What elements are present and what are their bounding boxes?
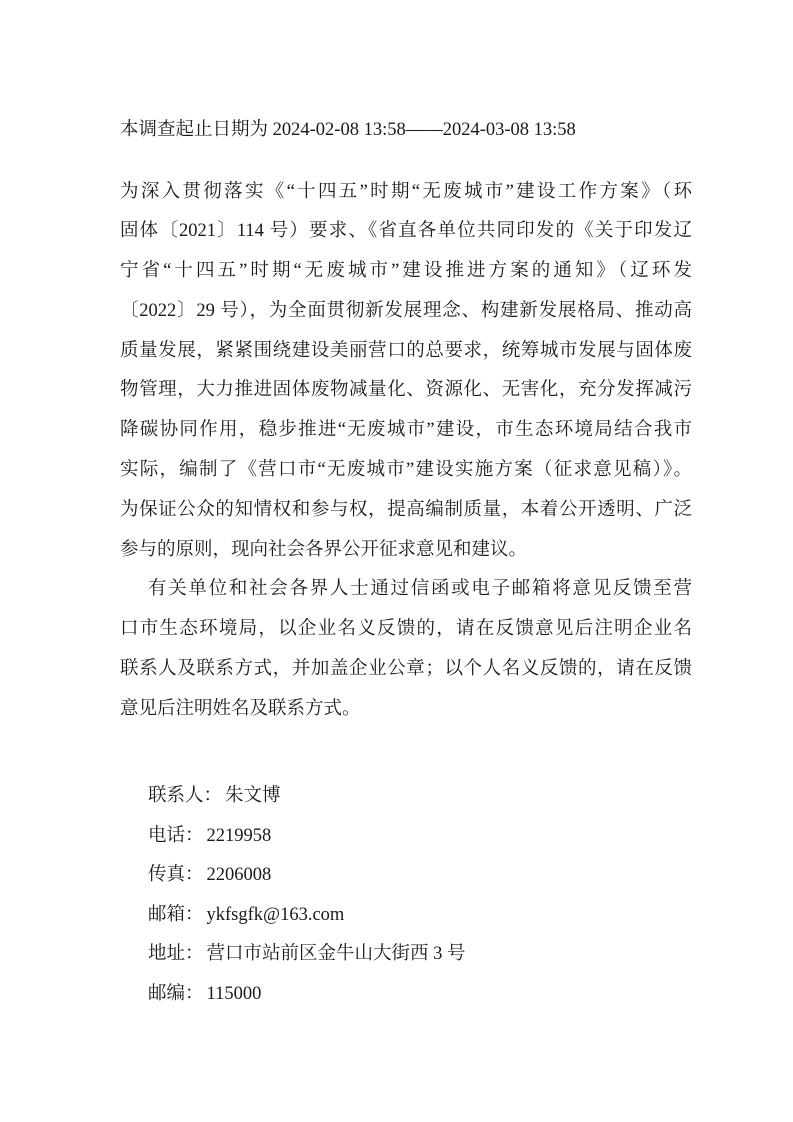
contact-label: 邮箱：	[148, 905, 204, 925]
contact-fax-value: 2206008	[207, 865, 272, 885]
text-line: 为深入贯彻落实《“十四五”时期“无废城市”建设工作方案》（环	[120, 173, 692, 213]
contact-label: 电话：	[148, 826, 204, 846]
contact-label: 地址：	[148, 944, 204, 964]
text-line: 固体〔2021〕114 号）要求、《省直各单位共同印发的《关于印发辽	[120, 212, 692, 252]
document-body: 为深入贯彻落实《“十四五”时期“无废城市”建设工作方案》（环 固体〔2021〕1…	[120, 173, 692, 730]
text-line: 宁省“十四五”时期“无废城市”建设推进方案的通知》（辽环发	[120, 252, 692, 292]
text-line: 降碳协同作用，稳步推进“无废城市”建设，市生态环境局结合我市	[120, 411, 692, 451]
contact-address-value: 营口市站前区金牛山大街西 3 号	[207, 944, 466, 964]
paragraph-feedback: 有关单位和社会各界人士通过信函或电子邮箱将意见反馈至营 口市生态环境局，以企业名…	[120, 570, 692, 729]
contact-line-address: 地址：营口市站前区金牛山大街西 3 号	[148, 935, 708, 975]
text-line: 物管理，大力推进固体废物减量化、资源化、无害化，充分发挥减污	[120, 371, 692, 411]
contact-line-phone: 电话：2219958	[148, 817, 708, 857]
contact-label: 邮编：	[148, 984, 204, 1004]
text-line: 意见后注明姓名及联系方式。	[120, 690, 692, 730]
text-line: 联系人及联系方式，并加盖企业公章；以个人名义反馈的，请在反馈	[120, 650, 692, 690]
contact-line-fax: 传真：2206008	[148, 856, 708, 896]
text-line: 〔2022〕29 号），为全面贯彻新发展理念、构建新发展格局、推动高	[120, 292, 692, 332]
text-line: 实际，编制了《营口市“无废城市”建设实施方案（征求意见稿）》。	[120, 451, 692, 491]
text-line: 有关单位和社会各界人士通过信函或电子邮箱将意见反馈至营	[120, 570, 692, 610]
contact-line-zipcode: 邮编：115000	[148, 975, 708, 1015]
paragraph-intro: 为深入贯彻落实《“十四五”时期“无废城市”建设工作方案》（环 固体〔2021〕1…	[120, 173, 692, 571]
contact-phone-value: 2219958	[207, 826, 272, 846]
contact-section: 联系人：朱文博 电话：2219958 传真：2206008 邮箱：ykfsgfk…	[148, 777, 708, 1014]
text-line: 口市生态环境局，以企业名义反馈的，请在反馈意见后注明企业名称、	[120, 610, 692, 650]
text-line: 参与的原则，现向社会各界公开征求意见和建议。	[120, 531, 692, 571]
document-page: 本调查起止日期为 2024-02-08 13:58——2024-03-08 13…	[0, 0, 793, 1122]
contact-line-person: 联系人：朱文博	[148, 777, 708, 817]
text-line: 质量发展，紧紧围绕建设美丽营口的总要求，统筹城市发展与固体废	[120, 332, 692, 372]
contact-label: 联系人：	[148, 786, 222, 806]
contact-zipcode-value: 115000	[207, 984, 262, 1004]
contact-email-value: ykfsgfk@163.com	[207, 905, 345, 925]
contact-person-value: 朱文博	[225, 786, 281, 806]
contact-line-email: 邮箱：ykfsgfk@163.com	[148, 896, 708, 936]
survey-period-line: 本调查起止日期为 2024-02-08 13:58——2024-03-08 13…	[120, 111, 720, 151]
contact-label: 传真：	[148, 865, 204, 885]
text-line: 为保证公众的知情权和参与权，提高编制质量，本着公开透明、广泛	[120, 491, 692, 531]
